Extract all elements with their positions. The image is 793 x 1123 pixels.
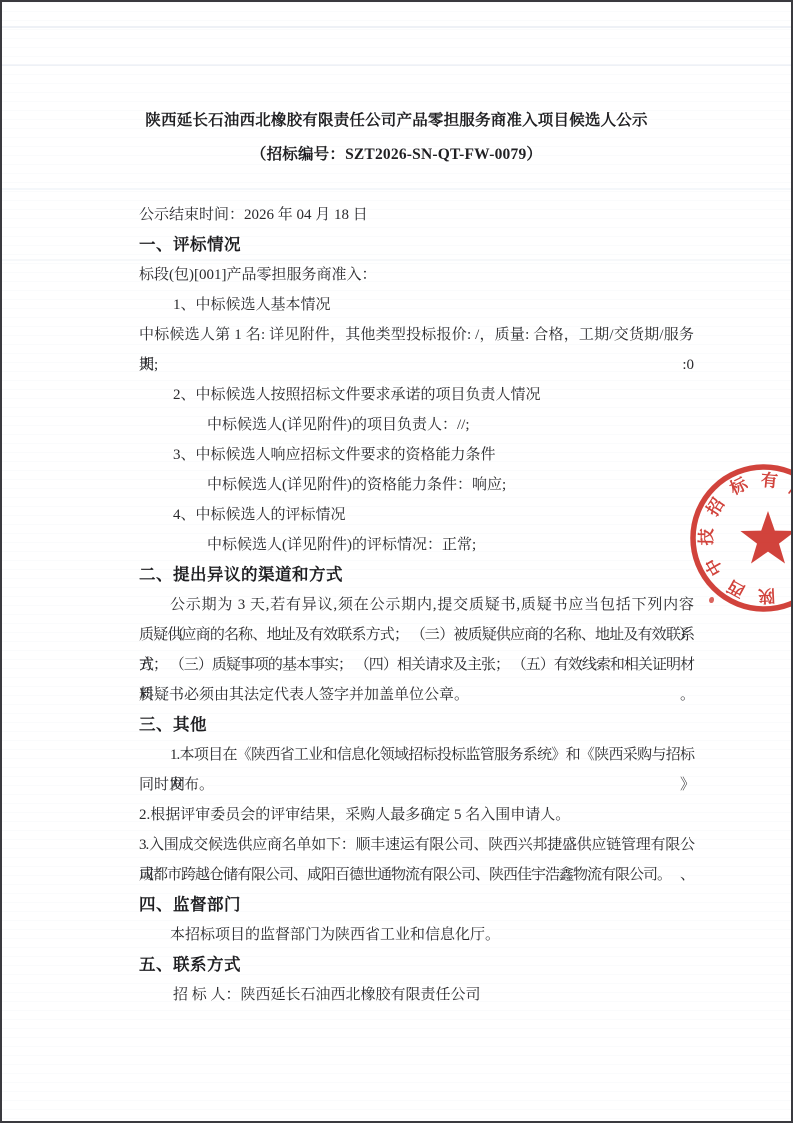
seal-star-icon <box>740 511 793 564</box>
company-seal: 陕西中技招标有限公司 <box>684 458 793 628</box>
doc-line: 成都市跨越仓储有限公司、咸阳百德世通物流有限公司、陕西佳宇浩鑫物流有限公司。 <box>139 860 694 890</box>
doc-line: 中标候选人第 1 名: 详见附件，其他类型投标报价: /，质量: 合格，工期/交… <box>139 320 694 350</box>
doc-line: 二、提出异议的渠道和方式 <box>139 560 694 590</box>
doc-line: 3.入围成交候选供应商名单如下：顺丰速运有限公司、陕西兴邦捷盛供应链管理有限公司… <box>139 830 694 860</box>
scan-streak <box>2 188 791 190</box>
doc-line: 公示结束时间：2026 年 04 月 18 日 <box>139 200 694 230</box>
scanned-document-page: 陕西延长石油西北橡胶有限责任公司产品零担服务商准入项目候选人公示 （招标编号：S… <box>0 0 793 1123</box>
doc-line: 式； （三）质疑事项的基本事实； （四）相关请求及主张； （五）有效线索和相关证… <box>139 650 694 680</box>
doc-line: 标段(包)[001]产品零担服务商准入： <box>139 260 694 290</box>
scan-streak <box>2 26 791 28</box>
doc-line: 4、中标候选人的评标情况 <box>139 500 694 530</box>
doc-line: 中标候选人(详见附件)的资格能力条件：响应; <box>139 470 694 500</box>
doc-line: 3、中标候选人响应招标文件要求的资格能力条件 <box>139 440 694 470</box>
document-title: 陕西延长石油西北橡胶有限责任公司产品零担服务商准入项目候选人公示 <box>2 104 791 138</box>
doc-line: 招 标 人：陕西延长石油西北橡胶有限责任公司 <box>139 980 694 1010</box>
doc-line: 五、联系方式 <box>139 950 694 980</box>
doc-line: 2.根据评审委员会的评审结果，采购人最多确定 5 名入围申请人。 <box>139 800 694 830</box>
doc-line: 中标候选人(详见附件)的评标情况：正常; <box>139 530 694 560</box>
scan-streak <box>2 64 791 66</box>
doc-line: 中标候选人(详见附件)的项目负责人：//; <box>139 410 694 440</box>
document-body: 公示结束时间：2026 年 04 月 18 日一、评标情况标段(包)[001]产… <box>139 200 694 1010</box>
doc-line: 1.本项目在《陕西省工业和信息化领域招标投标监管服务系统》和《陕西采购与招标网》 <box>139 740 694 770</box>
doc-line: 三、其他 <box>139 710 694 740</box>
doc-line: 本招标项目的监督部门为陕西省工业和信息化厅。 <box>139 920 694 950</box>
doc-line: 四、监督部门 <box>139 890 694 920</box>
doc-line: 1、中标候选人基本情况 <box>139 290 694 320</box>
document-header: 陕西延长石油西北橡胶有限责任公司产品零担服务商准入项目候选人公示 （招标编号：S… <box>2 104 791 172</box>
bid-number: （招标编号：SZT2026-SN-QT-FW-0079） <box>2 138 791 172</box>
doc-line: 一、评标情况 <box>139 230 694 260</box>
doc-line: 公示期为 3 天,若有异议,须在公示期内,提交质疑书,质疑书应当包括下列内容 （… <box>139 590 694 620</box>
doc-line: 质疑供应商的名称、地址及有效联系方式； （二）被质疑供应商的名称、地址及有效联系… <box>139 620 694 650</box>
doc-line: 2、中标候选人按照招标文件要求承诺的项目负责人情况 <box>139 380 694 410</box>
